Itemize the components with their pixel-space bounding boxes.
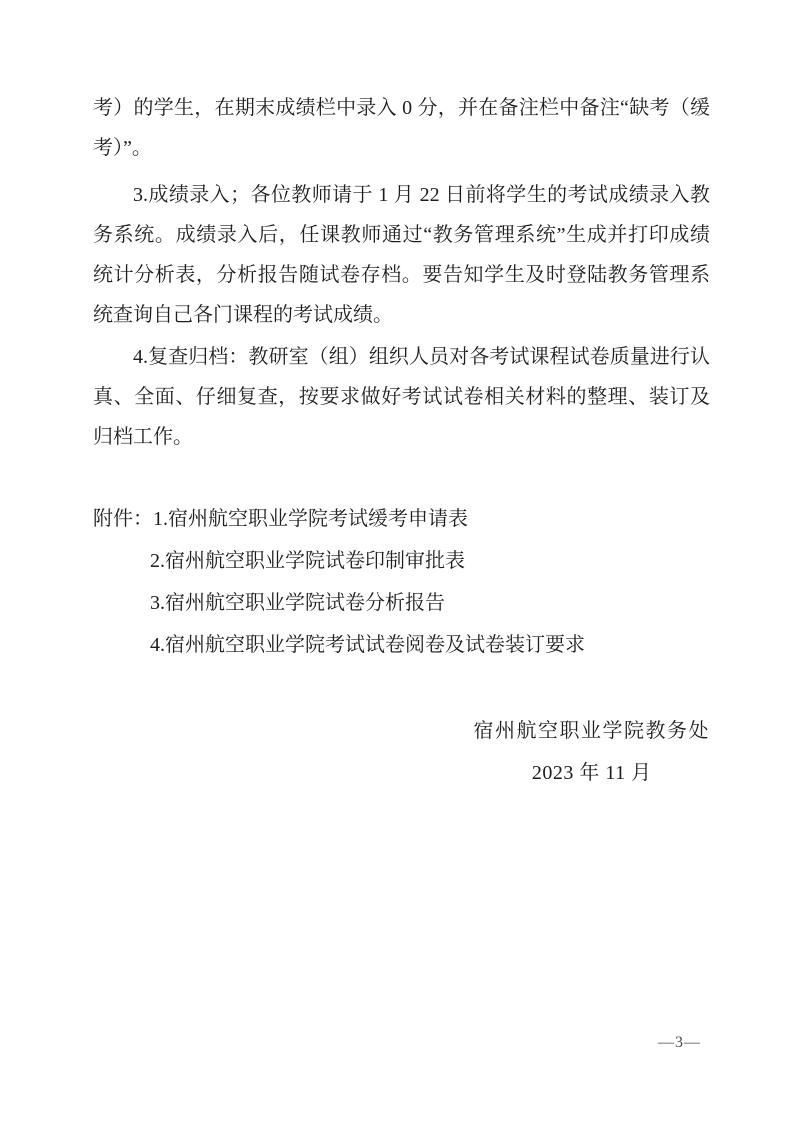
body-line: 务系统。成绩录入后，任课教师通过“教务管理系统”生成并打印成绩 bbox=[93, 215, 710, 255]
signature-block: 宿州航空职业学院教务处 2023 年 11 月 bbox=[93, 710, 710, 794]
signature-org: 宿州航空职业学院教务处 bbox=[474, 710, 711, 752]
body-line: 4.复查归档：教研室（组）组织人员对各考试课程试卷质量进行认 bbox=[93, 337, 710, 377]
body-line: 考）的学生，在期末成绩栏中录入 0 分，并在备注栏中备注“缺考（缓 bbox=[93, 88, 710, 128]
attachment-item: 2.宿州航空职业学院试卷印制审批表 bbox=[93, 540, 710, 582]
attachment-item: 4.宿州航空职业学院考试试卷阅卷及试卷装订要求 bbox=[93, 624, 710, 666]
page-number: —3— bbox=[658, 1034, 701, 1052]
attachments-list: 附件：1.宿州航空职业学院考试缓考申请表 2.宿州航空职业学院试卷印制审批表 3… bbox=[93, 498, 710, 666]
attachment-item: 附件：1.宿州航空职业学院考试缓考申请表 bbox=[93, 498, 710, 540]
body-line: 归档工作。 bbox=[93, 417, 710, 457]
attachments-label: 附件： bbox=[93, 508, 153, 530]
body-line: 考）”。 bbox=[93, 128, 710, 168]
document-page: { "doc": { "body_lines": [ "考）的学生，在期末成绩栏… bbox=[0, 0, 793, 1122]
body-line: 统查询自己各门课程的考试成绩。 bbox=[93, 295, 710, 335]
signature-date: 2023 年 11 月 bbox=[474, 752, 711, 794]
page: 考）的学生，在期末成绩栏中录入 0 分，并在备注栏中备注“缺考（缓 考）”。 3… bbox=[0, 0, 793, 1122]
signature: 宿州航空职业学院教务处 2023 年 11 月 bbox=[474, 710, 711, 794]
attachment-item: 3.宿州航空职业学院试卷分析报告 bbox=[93, 582, 710, 624]
attachment-item-text: 1.宿州航空职业学院考试缓考申请表 bbox=[153, 508, 468, 530]
body-line: 统计分析表，分析报告随试卷存档。要告知学生及时登陆教务管理系 bbox=[93, 255, 710, 295]
body-line: 真、全面、仔细复查，按要求做好考试试卷相关材料的整理、装订及 bbox=[93, 377, 710, 417]
document-body: 考）的学生，在期末成绩栏中录入 0 分，并在备注栏中备注“缺考（缓 考）”。 3… bbox=[93, 88, 710, 794]
body-line: 3.成绩录入；各位教师请于 1 月 22 日前将学生的考试成绩录入教 bbox=[93, 175, 710, 215]
